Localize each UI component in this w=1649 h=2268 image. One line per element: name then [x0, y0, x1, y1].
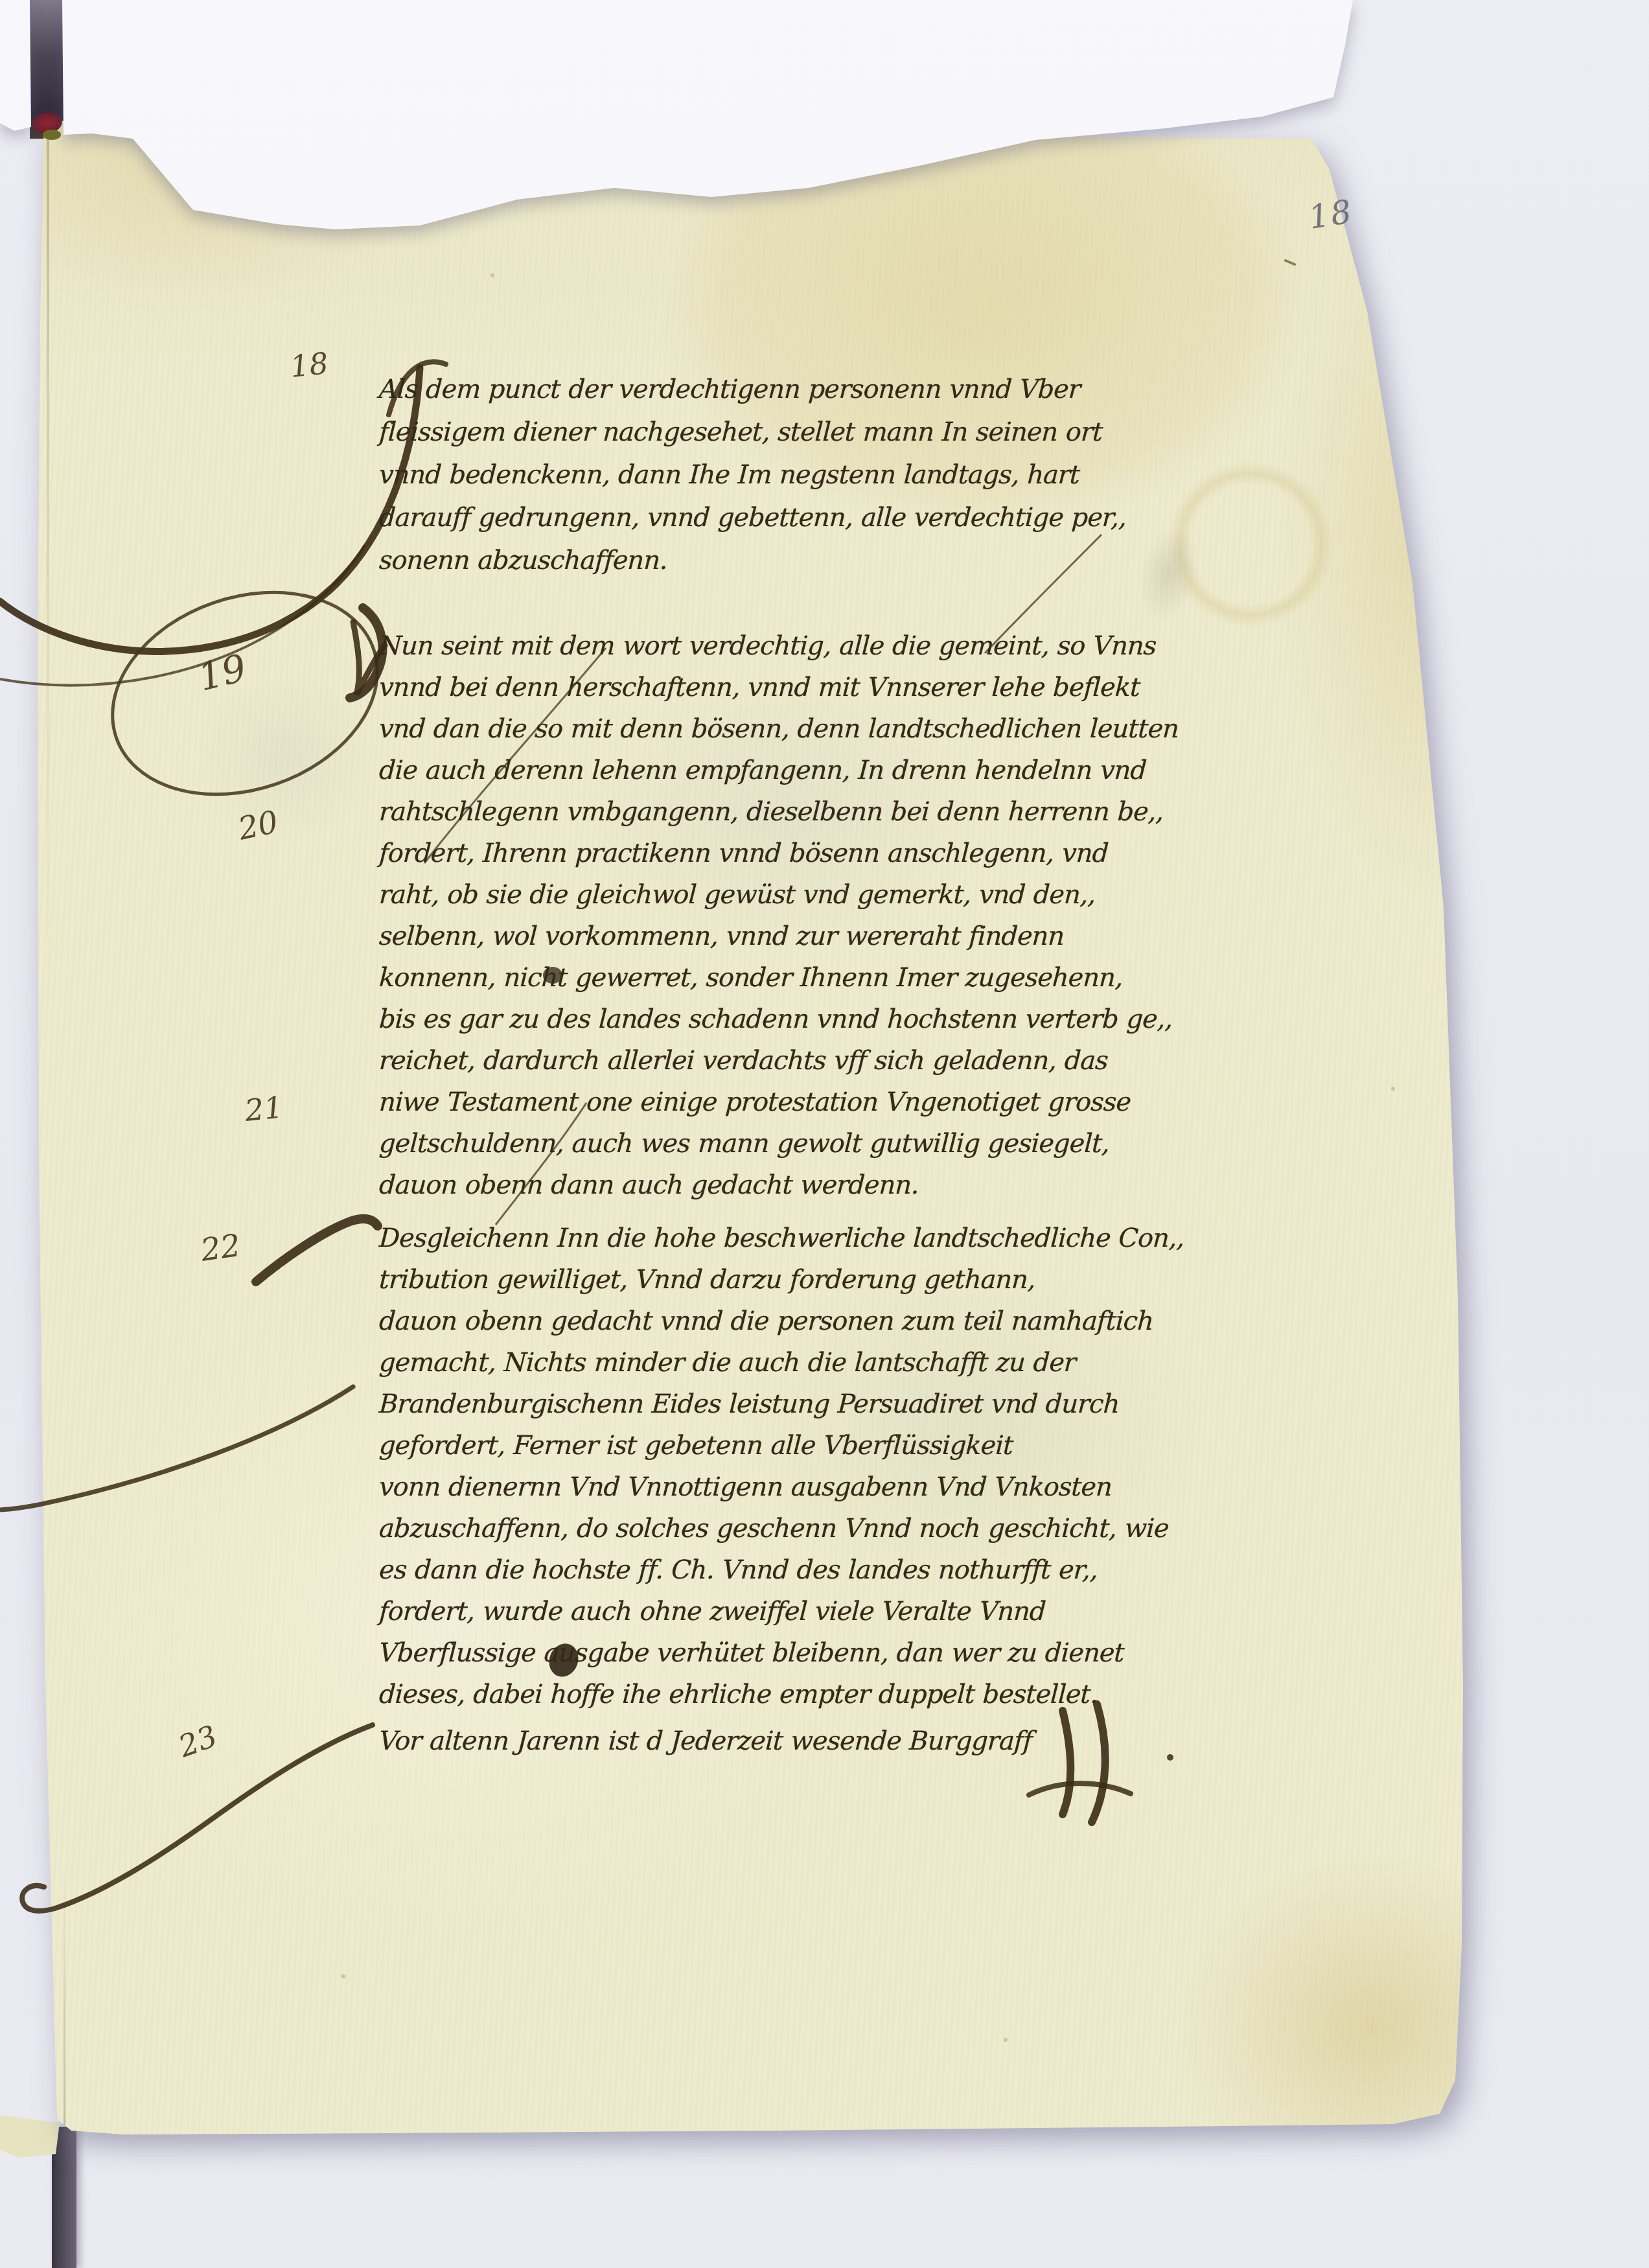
foxing-speck	[1391, 1087, 1395, 1091]
manuscript-line: Vor altenn Jarenn ist d Jederzeit wesend…	[378, 1722, 1235, 1764]
manuscript-line: fleissigem diener nachgesehet, stellet m…	[378, 413, 1235, 455]
manuscript-line: dauon obenn gedacht vnnd die personen zu…	[378, 1302, 1235, 1344]
manuscript-line: abzuschaffenn, do solches geschenn Vnnd …	[378, 1510, 1235, 1551]
paper-speck	[1286, 260, 1295, 264]
manuscript-line: Als dem punct der verdechtigenn personen…	[378, 371, 1235, 412]
manuscript-line: fordert, Ihrenn practikenn vnnd bösenn a…	[378, 835, 1235, 876]
manuscript-line: die auch derenn lehenn empfangenn, In dr…	[378, 752, 1235, 793]
manuscript-line: gefordert, Ferner ist gebetenn alle Vber…	[378, 1427, 1235, 1468]
manuscript-line: niwe Testament one einige protestation V…	[378, 1083, 1235, 1125]
folio-number: 18	[1306, 192, 1355, 237]
margin-number-22: 22	[198, 1227, 242, 1269]
initial-swash-22	[256, 1219, 378, 1282]
manuscript-line: rahtschlegenn vmbgangenn, dieselbenn bei…	[378, 793, 1235, 835]
manuscript-line: es dann die hochste ff. Ch. Vnnd des lan…	[378, 1551, 1235, 1593]
margin-number-21: 21	[243, 1089, 284, 1128]
manuscript-line: reichet, dardurch allerlei verdachts vff…	[378, 1042, 1235, 1083]
initial-swash-18	[0, 368, 420, 651]
manuscript-line: Desgleichenn Inn die hohe beschwerliche …	[378, 1220, 1235, 1261]
manuscript-line: sonenn abzuschaffenn.	[378, 542, 1235, 583]
foxing-speck	[490, 273, 494, 277]
manuscript-line: dauon obenn dann auch gedacht werdenn.	[378, 1166, 1235, 1208]
manuscript-line: raht, ob sie die gleichwol gewüst vnd ge…	[378, 876, 1235, 918]
manuscript-line: selbenn, wol vorkommenn, vnnd zur werera…	[378, 918, 1235, 959]
manuscript-line: tribution gewilliget, Vnnd darzu forderu…	[378, 1261, 1235, 1302]
manuscript-line: fordert, wurde auch ohne zweiffel viele …	[378, 1593, 1235, 1634]
manuscript-line: dieses, dabei hoffe ihe ehrliche empter …	[378, 1676, 1235, 1717]
manuscript-line: vonn dienernn Vnd Vnnottigenn ausgabenn …	[378, 1468, 1235, 1510]
terminal-flourish-bar	[1029, 1783, 1131, 1795]
manuscript-line: vnd dan die so mit denn bösenn, denn lan…	[378, 710, 1235, 752]
manuscript-line: konnenn, nicht gewerret, sonder Ihnenn I…	[378, 959, 1235, 1001]
margin-number-18: 18	[288, 345, 330, 384]
manuscript-line: darauff gedrungenn, vnnd gebettenn, alle…	[378, 499, 1235, 540]
foxing-speck	[1004, 2038, 1008, 2042]
manuscript-line: gemacht, Nichts minder die auch die lant…	[378, 1344, 1235, 1385]
manuscript-photo: 18 18 19 20 21 22 23 Als dem punct der v…	[0, 0, 1649, 2268]
manuscript-line: Vberflussige ausgabe verhütet bleibenn, …	[378, 1634, 1235, 1676]
long-swash-22	[0, 1387, 353, 1510]
manuscript-line: geltschuldenn, auch wes mann gewolt gutw…	[378, 1125, 1235, 1166]
manuscript-line: vnnd bedenckenn, dann Ihe Im negstenn la…	[378, 456, 1235, 498]
manuscript-line: vnnd bei denn herschaftenn, vnnd mit Vnn…	[378, 669, 1235, 710]
manuscript-line: Nun seint mit dem wort verdechtig, alle …	[378, 627, 1235, 669]
foxing-speck	[341, 1974, 345, 1978]
manuscript-line: bis es gar zu des landes schadenn vnnd h…	[378, 1001, 1235, 1042]
manuscript-line: Brandenburgischenn Eides leistung Persua…	[378, 1385, 1235, 1427]
